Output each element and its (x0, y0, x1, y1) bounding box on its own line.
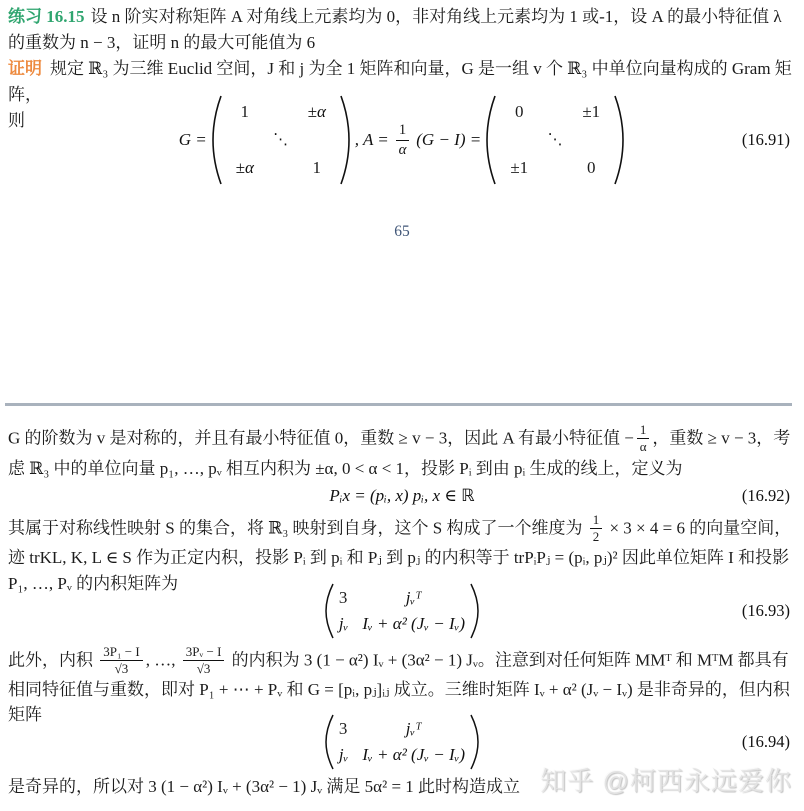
fraction-denominator: √3 (183, 661, 225, 676)
matrix-cell: jᵥ (339, 742, 348, 768)
matrix-cell: ±α (236, 155, 254, 181)
equation-16-94: 3 jᵥᵀ jᵥ Iᵥ + α² (Jᵥ − Iᵥ) (16.94) (0, 712, 804, 772)
equation-16-91: G = 1 ±α ⋱ ±α 1 , A = 1 α (0, 92, 804, 188)
exercise-text: 设 n 阶实对称矩阵 A 对角线上元素均为 0，非对角线上元素均为 1 或-1，… (8, 7, 782, 52)
zhihu-brand: 知乎 (540, 766, 594, 796)
equation-16-93: 3 jᵥᵀ jᵥ Iᵥ + α² (Jᵥ − Iᵥ) (16.93) (0, 581, 804, 641)
left-paren-icon (485, 94, 497, 186)
inline-fraction: 3P₁ − I√3 (100, 645, 142, 677)
matrix-cell: Iᵥ + α² (Jᵥ − Iᵥ) (362, 742, 465, 768)
equation-number: (16.94) (742, 729, 790, 755)
matrix-cell: 3 (339, 585, 348, 611)
inline-fraction: 3Pᵥ − I√3 (183, 645, 225, 677)
left-paren-icon (324, 713, 335, 771)
right-paren-icon (469, 582, 480, 640)
right-paren-icon (613, 94, 625, 186)
fraction-denominator: α (396, 141, 410, 159)
left-paren-icon (324, 582, 335, 640)
matrix-cell: 0 (515, 99, 524, 125)
equation-number: (16.93) (742, 598, 790, 624)
matrix-cell: ±1 (510, 155, 528, 181)
equation-16-92: Pᵢx = (pᵢ, x) pᵢ, x ∈ ℝ (16.92) (0, 483, 804, 509)
body-paragraph-1: G 的阶数为 v 是对称的，并且有最小特征值 0，重数 ≥ v − 3，因此 A… (8, 423, 794, 482)
equation-number: (16.92) (742, 483, 790, 509)
paragraph-text: 此外，内积 (8, 650, 97, 669)
fraction-1-over-alpha: 1 α (396, 122, 410, 158)
matrix-cell: ±α (308, 99, 326, 125)
paragraph-text: 其属于对称线性映射 S 的集合，将 ℝ₃ 映射到自身，这个 S 构成了一个维度为 (8, 518, 587, 537)
inline-fraction: 12 (590, 513, 603, 545)
watermark-author: @柯西永远爱你 (603, 766, 792, 796)
paragraph-text: G 的阶数为 v 是对称的，并且有最小特征值 0，重数 ≥ v − 3，因此 A… (8, 428, 634, 447)
fraction-numerator: 1 (637, 423, 650, 439)
matrix-cell: ⋱ (548, 127, 563, 153)
fraction-numerator: 1 (590, 513, 603, 529)
right-paren-icon (339, 94, 351, 186)
matrix-cell: 1 (241, 99, 250, 125)
fraction-denominator: √3 (100, 661, 142, 676)
paragraph-text: , …, (146, 650, 180, 669)
eq91-post: (G − I) = (416, 127, 481, 153)
equation-number: (16.91) (742, 127, 790, 153)
gram-matrix: 1 ±α ⋱ ±α 1 (211, 94, 351, 186)
matrix-cell: Iᵥ + α² (Jᵥ − Iᵥ) (362, 611, 465, 637)
eq91-lhs: G = (179, 127, 207, 153)
exercise-paragraph: 练习 16.15设 n 阶实对称矩阵 A 对角线上元素均为 0，非对角线上元素均… (8, 4, 794, 56)
document-page: 练习 16.15设 n 阶实对称矩阵 A 对角线上元素均为 0，非对角线上元素均… (0, 0, 804, 811)
exercise-label: 练习 16.15 (8, 7, 85, 26)
inline-fraction: 1α (637, 423, 650, 455)
fraction-numerator: 3P₁ − I (100, 645, 142, 661)
a-matrix: 0 ±1 ⋱ ±1 0 (485, 94, 625, 186)
inner-product-matrix: 3 jᵥᵀ jᵥ Iᵥ + α² (Jᵥ − Iᵥ) (324, 713, 480, 771)
left-paren-icon (211, 94, 223, 186)
fraction-denominator: 2 (590, 529, 603, 544)
matrix-cell: 3 (339, 716, 348, 742)
matrix-cell: jᵥᵀ (406, 585, 422, 611)
fraction-numerator: 3Pᵥ − I (183, 645, 225, 661)
matrix-cell: jᵥᵀ (406, 716, 422, 742)
zhihu-watermark: 知乎 @柯西永远爱你 (540, 768, 792, 794)
fraction-numerator: 1 (396, 122, 410, 141)
proof-label: 证明 (8, 59, 42, 78)
matrix-cell: ±1 (582, 99, 600, 125)
eq92-body: Pᵢx = (pᵢ, x) pᵢ, x ∈ ℝ (329, 483, 474, 509)
right-paren-icon (469, 713, 480, 771)
eq91-mid: , A = (355, 127, 389, 153)
section-divider (5, 403, 792, 406)
page-number: 65 (0, 219, 804, 245)
paragraph-text: 是奇异的，所以对 3 (1 − α²) Iᵥ + (3α² − 1) Jᵥ 满足… (8, 777, 520, 796)
matrix-cell: ⋱ (273, 127, 288, 153)
inner-product-matrix: 3 jᵥᵀ jᵥ Iᵥ + α² (Jᵥ − Iᵥ) (324, 582, 480, 640)
matrix-cell: 1 (313, 155, 322, 181)
matrix-cell: 0 (587, 155, 596, 181)
fraction-denominator: α (637, 439, 650, 454)
matrix-cell: jᵥ (339, 611, 348, 637)
